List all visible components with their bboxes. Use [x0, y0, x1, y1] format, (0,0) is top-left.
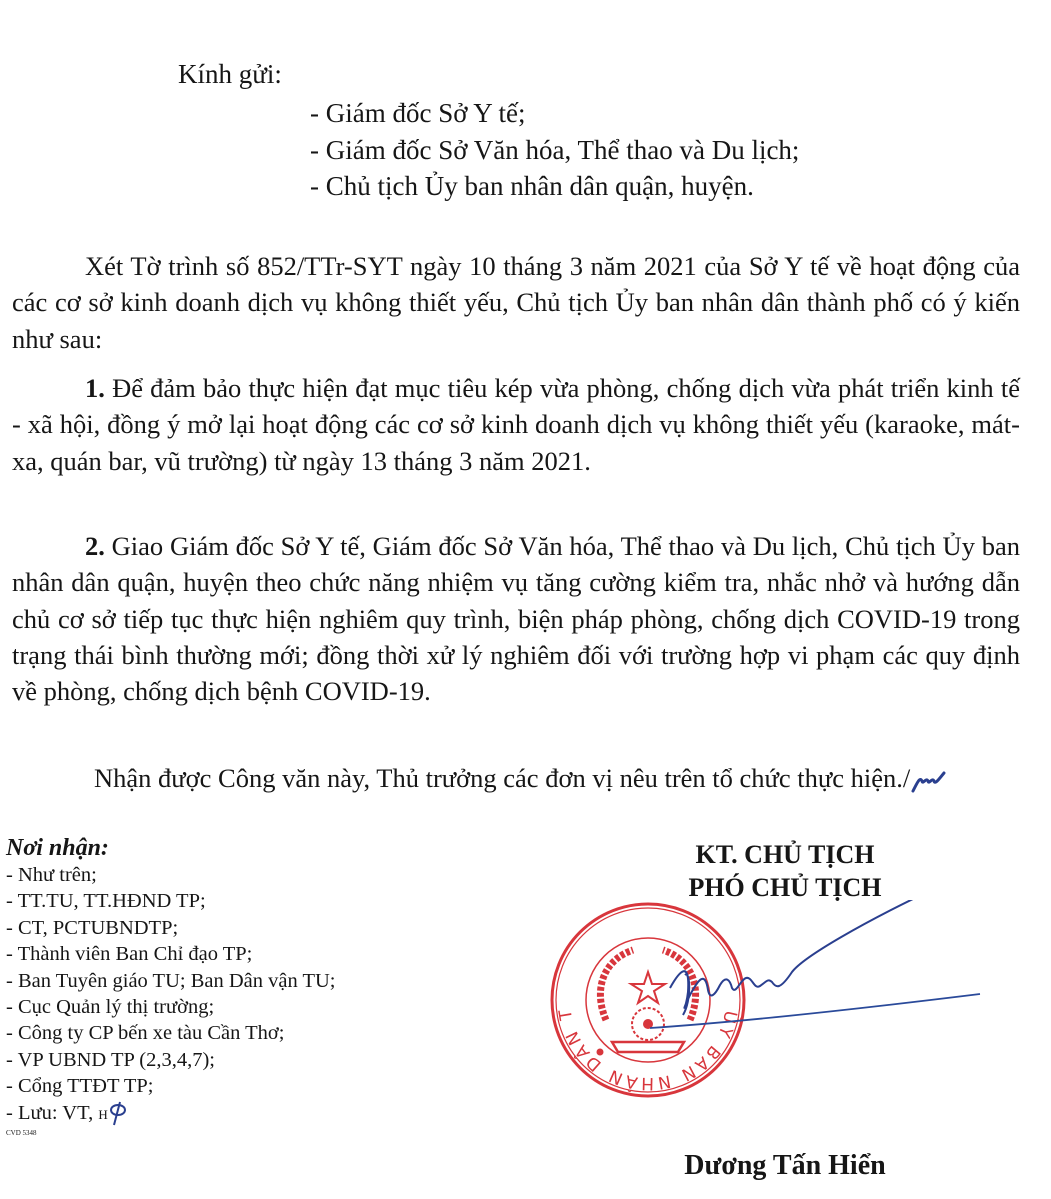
- addressee-item: - Giám đốc Sở Y tế;: [310, 95, 799, 132]
- document-code: CVD 5348: [6, 1129, 336, 1137]
- initial-mark-icon: [106, 1101, 128, 1127]
- greeting-label: Kính gửi:: [178, 56, 282, 92]
- recipients-list: - Như trên; - TT.TU, TT.HĐND TP; - CT, P…: [6, 862, 336, 1128]
- closing-line: Nhận được Công văn này, Thủ trưởng các đ…: [94, 760, 950, 796]
- addressee-item: - Giám đốc Sở Văn hóa, Thể thao và Du lị…: [310, 132, 799, 169]
- recipient-item: - Cổng TTĐT TP;: [6, 1073, 336, 1099]
- signature-line1: KT. CHỦ TỊCH: [640, 838, 930, 871]
- initial-mark-icon: [910, 767, 950, 795]
- addressee-item: - Chủ tịch Ủy ban nhân dân quận, huyện.: [310, 168, 799, 205]
- recipients-block: Nơi nhận: - Như trên; - TT.TU, TT.HĐND T…: [6, 834, 336, 1137]
- closing-text: Nhận được Công văn này, Thủ trưởng các đ…: [94, 763, 910, 793]
- handwritten-signature-icon: [540, 900, 990, 1080]
- recipient-archive: - Lưu: VT,: [6, 1102, 98, 1124]
- item-text: Giao Giám đốc Sở Y tế, Giám đốc Sở Văn h…: [12, 531, 1020, 706]
- recipient-item: - Công ty CP bến xe tàu Cần Thơ;: [6, 1020, 336, 1046]
- item-1-paragraph: 1. Để đảm bảo thực hiện đạt mục tiêu kép…: [12, 370, 1020, 479]
- recipient-item: - VP UBND TP (2,3,4,7);: [6, 1047, 336, 1073]
- signatory-name: Dương Tấn Hiển: [640, 1148, 930, 1184]
- signature-title: KT. CHỦ TỊCH PHÓ CHỦ TỊCH: [640, 838, 930, 904]
- recipient-item: - Như trên;: [6, 862, 336, 888]
- recipient-item: - CT, PCTUBNDTP;: [6, 915, 336, 941]
- item-number: 2.: [85, 531, 105, 561]
- addressee-list: - Giám đốc Sở Y tế; - Giám đốc Sở Văn hó…: [310, 95, 799, 205]
- item-2-paragraph: 2. Giao Giám đốc Sở Y tế, Giám đốc Sở Vă…: [12, 528, 1020, 709]
- recipient-item: - Lưu: VT, H: [6, 1100, 336, 1128]
- recipients-heading: Nơi nhận:: [6, 834, 336, 862]
- recipient-item: - Thành viên Ban Chỉ đạo TP;: [6, 941, 336, 967]
- recipient-item: - Ban Tuyên giáo TU; Ban Dân vận TU;: [6, 968, 336, 994]
- intro-paragraph: Xét Tờ trình số 852/TTr-SYT ngày 10 thán…: [12, 248, 1020, 357]
- recipient-item: - Cục Quản lý thị trường;: [6, 994, 336, 1020]
- item-text: Để đảm bảo thực hiện đạt mục tiêu kép vừ…: [12, 373, 1020, 476]
- item-number: 1.: [85, 373, 105, 403]
- recipient-item: - TT.TU, TT.HĐND TP;: [6, 888, 336, 914]
